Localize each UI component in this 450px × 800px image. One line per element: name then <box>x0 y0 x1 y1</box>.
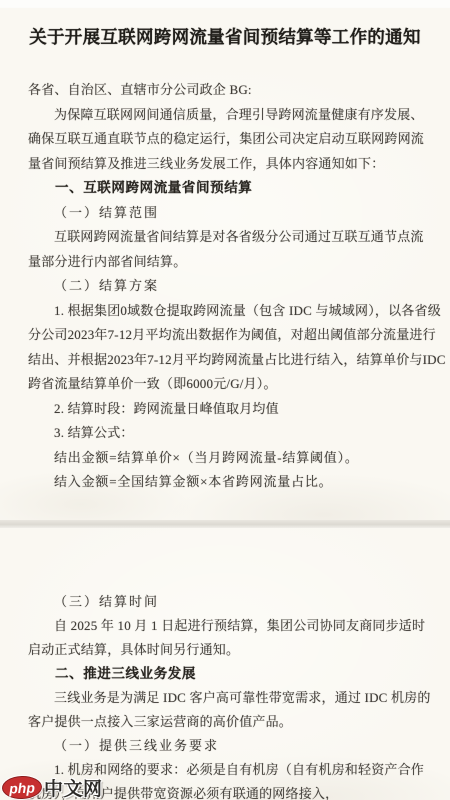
document-line: 确保互联互通直联节点的稳定运行，集团公司决定启动互联网跨网流 <box>28 127 422 152</box>
document-line: （一）提供三线业务要求 <box>28 734 422 758</box>
document-line: 为保障互联网网间通信质量，合理引导跨网流量健康有序发展、 <box>28 103 422 128</box>
document-line: 2. 结算时段：跨网流量日峰值取月均值 <box>28 397 422 422</box>
document-line: 客户提供一点接入三家运营商的高价值产品。 <box>28 710 422 734</box>
document-title: 关于开展互联网跨网流量省间预结算等工作的通知 <box>28 24 422 50</box>
document-line: 分公司2023年7-12月平均流出数据作为阈值，对超出阈值部分流量进行 <box>28 323 422 348</box>
document-line: 结出金额=结算单价×（当月跨网流量-结算阈值）。 <box>28 446 422 471</box>
document-line: 一、互联网跨网流量省间预结算 <box>28 176 422 201</box>
page1-lines: 各省、自治区、直辖市分公司政企 BG:为保障互联网网间通信质量，合理引导跨网流量… <box>28 78 422 495</box>
document-line: 量部分进行内部省间结算。 <box>28 250 422 275</box>
watermark-site-name: 中文网 <box>44 774 103 800</box>
document-line: 量省间预结算及推进三线业务发展工作，具体内容通知如下： <box>28 152 422 177</box>
document-line: 跨省流量结算单价一致（即6000元/G/月）。 <box>28 372 422 397</box>
document-line: 自 2025 年 10 月 1 日起进行预结算，集团公司协同友商同步适时 <box>28 614 422 638</box>
document-page-2: （三）结算时间自 2025 年 10 月 1 日起进行预结算，集团公司协同友商同… <box>0 528 450 800</box>
php-chinese-net-watermark: php 中文网 <box>2 774 103 800</box>
document-line: 各省、自治区、直辖市分公司政企 BG: <box>28 78 422 103</box>
document-line: 结入金额=全国结算金额×本省跨网流量占比。 <box>28 470 422 495</box>
page-edge-shadow <box>0 520 450 528</box>
document-line: 互联网跨网流量省间结算是对各省级分公司通过互联互通节点流 <box>28 225 422 250</box>
document-page-1: 关于开展互联网跨网流量省间预结算等工作的通知 各省、自治区、直辖市分公司政企 B… <box>0 8 450 520</box>
page2-lines: （三）结算时间自 2025 年 10 月 1 日起进行预结算，集团公司协同友商同… <box>28 590 422 800</box>
document-line: 启动正式结算，具体时间另行通知。 <box>28 638 422 662</box>
document-line: 二、推进三线业务发展 <box>28 662 422 686</box>
document-line: （一）结算范围 <box>28 201 422 226</box>
document-line: （三）结算时间 <box>28 590 422 614</box>
php-logo-badge: php <box>2 775 43 799</box>
scanned-document: 关于开展互联网跨网流量省间预结算等工作的通知 各省、自治区、直辖市分公司政企 B… <box>0 0 450 800</box>
document-line: 三线业务是为满足 IDC 客户高可靠性带宽需求，通过 IDC 机房的 <box>28 686 422 710</box>
document-line: 3. 结算公式： <box>28 421 422 446</box>
document-line: （二）结算方案 <box>28 274 422 299</box>
document-line: 1. 根据集团0域数仓提取跨网流量（包含 IDC 与城域网），以各省级 <box>28 299 422 324</box>
document-line: 结出、并根据2023年7-12月平均跨网流量占比进行结入，结算单价与IDC <box>28 348 422 373</box>
